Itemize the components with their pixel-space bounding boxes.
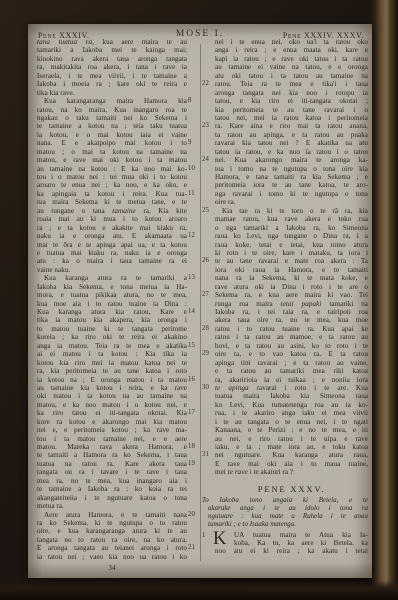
text-line: ai ei matou i ta kotou : Kia tika ia (37, 350, 187, 358)
verse-number: 12 (188, 232, 201, 240)
book-bottom-shadow (0, 580, 398, 600)
verse-number: 18 (188, 443, 201, 451)
text-line: matou, e rave mai oki kotou i ta matou (37, 156, 187, 164)
text-line: tuatua na ratou ra. Kare akera taua19 (37, 460, 187, 468)
text-column-left: tana tuatua ra, kua aere maira te autama… (37, 38, 187, 561)
text-line: au tamaine ei vaine na tatou, e e oronga (215, 63, 368, 71)
text-line: rave atura oki ia Dina i roto i te are o (215, 283, 368, 291)
text-line: naku ia e oronga atu. E akamaata ua12 (37, 232, 187, 240)
text-line: Aere atura Hamora, e te tamaiti nana20 (37, 511, 187, 519)
text-line: mamae ratou, kua rave akera e toko rua (215, 215, 368, 223)
text-line: oire ra, e to vao katoa ra, E ta ratou29 (215, 350, 368, 358)
text-line: Hamora, e tana tamaiti ra kia Sekema ; e (215, 173, 368, 181)
verse-number: 29 (202, 350, 214, 358)
text-line: roaia mai au ki mua i to kotou aroaro (37, 215, 187, 223)
text-line: kore ra kotou e akarongo mai kia matou (37, 418, 187, 426)
text-line: raua koke, tetai e tetai, kua tomo atura (215, 241, 368, 249)
text-line: Kua karanga atura kia ratou, Kare e14 (37, 308, 187, 316)
text-line: atu : ka o maira i taua tamaine ra ei (37, 257, 187, 265)
verse-number: 21 (188, 544, 201, 552)
text-line: Iakoba ra, i tei taia ra, e tairipoti ro… (215, 308, 368, 316)
text-line: runga roa maira tetai papaki tamariki na (215, 300, 368, 308)
text-line: tou i o matou nei : tei mua oki i to kot… (37, 173, 187, 181)
text-line: tangata no to ratou ra oire, na ko atura… (37, 536, 187, 544)
text-line: oire, e kua karangaranga atura ki te au (37, 527, 187, 535)
text-line: Kanaana, e te Perizi ; e no te mea, e it… (215, 426, 368, 434)
text-line: ra, akaririoia ia ei tuikaa ; e noniia i… (215, 376, 368, 384)
text-line: au tamaine na kotou : E ka noo mai ko-10 (37, 165, 187, 173)
text-line: ia kotou na ; E oronga matou i ta matou1… (37, 376, 187, 384)
text-line: apinga tini ravarai ; e ta ratou au vain… (215, 359, 368, 367)
text-line: ia kotou, e o mai kotou iaia ei vaine (37, 131, 187, 139)
page-number: 34 (37, 563, 187, 572)
text-line: e tuatua mai kiaku ra, naku ia e oronga (37, 249, 187, 257)
text-line: nana. E e akaipoipo mai kotou i to9 (37, 139, 187, 147)
text-line: ravarai kia tatou nei ? E akatika ua atu (215, 139, 368, 147)
text-line: ratou i to ratou tuaine ra. Kua apai ke2… (215, 325, 368, 333)
text-line: tua maira Sekema ki te metua tane, e te (37, 198, 187, 206)
text-line: ki roto i te oire, kare i mataku, ta ior… (215, 249, 368, 257)
text-line: tangata ou ra i tavare i te rave i taua (37, 468, 187, 476)
text-line: E rave mai oki aia i to maua tuaine, (215, 460, 368, 468)
text-line: mai te ōra e te apinga apai ua, e ta kot… (37, 241, 187, 249)
text-line: raua ko Levi, nga tungane o Dina ra, i a (215, 232, 368, 240)
verse-number: 15 (188, 342, 201, 350)
text-line: ra ; e ta kotou e akakite mai kiaku ra, (37, 224, 187, 232)
verse-number: 19 (188, 460, 201, 468)
text-line: te tamaine a Iakoba ra : ko koia ra tei (37, 485, 187, 493)
text-line: mora, e tuatua pikikaa atura, no te mea, (37, 291, 187, 299)
text-line: rua, i te akariro anga iaku ei mea viivi… (215, 409, 368, 417)
text-line: Iakoba i moeia ra ; kare oki te reira e (37, 80, 187, 88)
text-line: anga ia matou. Teia ra te mea e akatika1… (37, 342, 187, 350)
text-line: akera taua oire ra, no te mea, kua moe (215, 316, 368, 324)
text-line: mei te rave i te akaturi ra ? (215, 468, 368, 476)
text-line: o nga tamariki a Iakoba ra, ko Simeona (215, 224, 368, 232)
text-line: mea ra, no te mea, kua inangaro aia i (37, 477, 187, 485)
text-line: koreia ; ka riro oki te reira ei akakino (37, 333, 187, 341)
text-line: au nei, e riro ratou i te uipa e rave (215, 435, 368, 443)
text-line: tamariki a Iakoba mei te kainga mai; (37, 46, 187, 54)
text-line: ka apingaia ta kotou i reira. Kua tua-11 (37, 190, 187, 198)
text-line: vaine naku. (37, 266, 187, 274)
text-line: tatou nei, mei ia ratou katoa i peritome… (215, 114, 368, 122)
text-line: ratou i ta ratou au mamoe, e ta ratou au (215, 333, 368, 341)
verse-number: 24 (202, 156, 214, 164)
verse-number: 26 (202, 257, 214, 265)
text-line: akaruke anga i te au idolo i tona ra (202, 505, 368, 513)
text-line: ra ko Sekema, ki te ngutupa o to ratou (37, 519, 187, 527)
text-line: nei i te enua nei, oko ua'i ta ratou oko (215, 38, 368, 46)
text-line: au tungane o tana tamaine ra, Kia kite (37, 207, 187, 215)
text-line: To Iakoba tono angaia ki Betela, e te (202, 497, 368, 505)
text-line: ra, makitakita roa akera, i tana i rave … (37, 63, 187, 71)
text-line: kapi ia ratou ; e rave oki tatou i ta ra… (215, 55, 368, 63)
verse-number: 11 (188, 190, 201, 198)
text-line: kotou kia riro mei ia matou katoa nei te (37, 359, 187, 367)
text-line: akangateiteiia i te ngutuare katoa o ton… (37, 494, 187, 502)
text-line: matou ; o mai ta kotou na tamaine na (37, 148, 187, 156)
text-line: Kua karanga atura ra te tamariki a13 (37, 274, 187, 282)
verse-number: 8 (188, 97, 201, 105)
text-line: aroaro te enua nei ; ka noo, e ka oko, e (37, 181, 187, 189)
text-line: ratou, na ko maira, Kua inangaro roa te (37, 106, 187, 114)
text-line: Kia tae ra ki te toru o te rā ra, kia25 (215, 207, 368, 215)
text-line: noo atu ei ki reira ; ka akatu i tetai (215, 547, 368, 555)
text-line: oki matou i ta kotou na au tamaine na (37, 392, 187, 400)
column-divider (200, 44, 201, 561)
book-page-edges (370, 0, 398, 600)
chapter-opening: 1KUA tuatua maira te Atua kia Ia-koba, K… (202, 531, 368, 556)
text-line: kua moe aia i to ratou tuaine ia Dina : (37, 300, 187, 308)
verse-number: 16 (188, 376, 201, 384)
text-line: ngakau o taku tamaiti nei ko Sekema i (37, 114, 187, 122)
text-line: UA tuatua maira te Atua kia Ia- (215, 531, 368, 539)
text-line: Kua karangaranga maira Hamora kia8 (37, 97, 187, 105)
text-line: toa i tomo na te ngutupa o tona oire kia (215, 165, 368, 173)
chapter-heading: PENE XXXV. (215, 484, 368, 495)
text-line: oire ra. (215, 198, 368, 206)
text-line: E aronga tangata au teianei aronga i rot… (37, 544, 187, 552)
text-line: tatou, e kia riro ei iti-tangata okotai … (215, 97, 368, 105)
text-line: ko Levi, Kua tumatetenga roa au ia ko- (215, 401, 368, 409)
text-line: tatou ia ratou, e ka noo ïa ratou i o ta… (215, 148, 368, 156)
text-line: kia peritomeia te au tane ravarai i o (215, 106, 368, 114)
verse-number: 23 (202, 122, 214, 130)
verse-number: 27 (202, 291, 214, 299)
text-line: nga ravarai i tomo ki te ngutupa o tona (215, 190, 368, 198)
verse-number: 25 (202, 207, 214, 215)
text-line: ia tatou nei ; vaeo kia noo ua ratou i k… (37, 553, 187, 561)
text-column-right: nei i te enua nei, oko ua'i ta ratou oko… (215, 38, 368, 556)
text-line: Iakoba kia Sekema, e tona metua ia Ha- (37, 283, 187, 291)
text-line: Iseraela, i te mea viivii, i te tamaine … (37, 72, 187, 80)
verse-number: 14 (188, 308, 201, 316)
text-line: ka riro tatou ei iti-tangata okotai. Kia… (37, 409, 187, 417)
text-line: ta ratou au apinga, e ta ratou au puaka (215, 131, 368, 139)
text-line: nei e, e peritomeia kotou ; ka rave ma- (37, 426, 187, 434)
text-line: nana ra ia Sekema, ki te mata koke, e (215, 274, 368, 282)
text-line: e ta ratou au tamariki mea riki katoa (215, 367, 368, 375)
text-line: to matou tuaine ki te tangata peritome (37, 325, 187, 333)
text-line: nei. Kua akarongo maira te aronga ka-24 (215, 156, 368, 164)
text-line: kinokino rava akera taua aronga tangata (37, 55, 187, 63)
text-line: bovi, e ta ratou au asini, ko to roto i … (215, 342, 368, 350)
verse-number: 17 (188, 409, 201, 417)
text-line: peritomeia iora te au tane katoa, te aro… (215, 181, 368, 189)
text-line: te au tane ravarai e mate roa akera : Ta… (215, 257, 368, 265)
text-line: koba, Ka tu, ka aere ki Betela, ka (215, 539, 368, 547)
text-line: metua ra. (37, 502, 187, 510)
text-line: te apinga ravarai i roto i te are. Kua30 (215, 384, 368, 392)
text-line: Sekema ra, e kua aere maira ki vao. Tei2… (215, 291, 368, 299)
verse-number: 13 (188, 274, 201, 282)
text-line: ngutuare : kua mate a Rahela i te anau (202, 513, 368, 521)
verse-number: 9 (188, 139, 201, 147)
text-line: matou, e ka noo matou i o kotou nei, e (37, 401, 187, 409)
verse-number: 22 (202, 80, 214, 88)
book-photo: Pene XXXIV. MOSE I. Pene XXXIV. XXXV. ta… (0, 0, 398, 600)
verse-number: 31 (202, 451, 214, 459)
text-line: tamariki ; e to Isaaka matenga. (202, 521, 368, 529)
text-line: matou. Mareka rava akera Hamora, e18 (37, 443, 187, 451)
text-line: tana tuatua ra, kua aere maira te au (37, 38, 187, 46)
verse-number: 28 (202, 325, 214, 333)
text-line: tika kia rave. (37, 89, 187, 97)
verse-number: 1 (202, 532, 205, 539)
text-line: atu oki tatou i ta tatou au tamaine na (215, 72, 368, 80)
text-line: nei ngutuare. Kua karanga atura raua,31 (215, 451, 368, 459)
text-line: anga i reira ; e enua maata oki, kare e (215, 46, 368, 54)
text-line: te tamaiti a Hamora ra ko Sekema, i taua (37, 451, 187, 459)
text-line: te tamaine a kotou na ; teia taku tuatua (37, 122, 187, 130)
text-line: ratou. Teia ra te mea e tika'i i taua22 (215, 80, 368, 88)
verse-number: 20 (188, 511, 201, 519)
text-line: tou i ta matou tamaine nei, e e aere (37, 435, 187, 443)
text-line: iaku, e ta ; mate iora au, e toku katoa (215, 443, 368, 451)
text-line: i te au tangata o te enua nei, i te ngat… (215, 418, 368, 426)
text-line: tika ia matou kia akapera, kia oronga i (37, 316, 187, 324)
text-line: aronga tangata nei kia noo i rotopu ia (215, 89, 368, 97)
text-line: tuatua maira Iakoba kia Simeona raua (215, 392, 368, 400)
text-line: au tamaine kia kotou i reira, e ka rave (37, 384, 187, 392)
text-line: ra, kia peritomeia te au tane katoa i ro… (37, 367, 187, 375)
verse-number: 30 (202, 384, 214, 392)
text-line: iora oki raua ia Hamora, e te tamaiti (215, 266, 368, 274)
book-page: Pene XXXIV. MOSE I. Pene XXXIV. XXXV. ta… (28, 24, 372, 578)
text-line: ra. Kare aina e riro mai ta ratou anana,… (215, 122, 368, 130)
verse-number: 10 (188, 165, 201, 173)
